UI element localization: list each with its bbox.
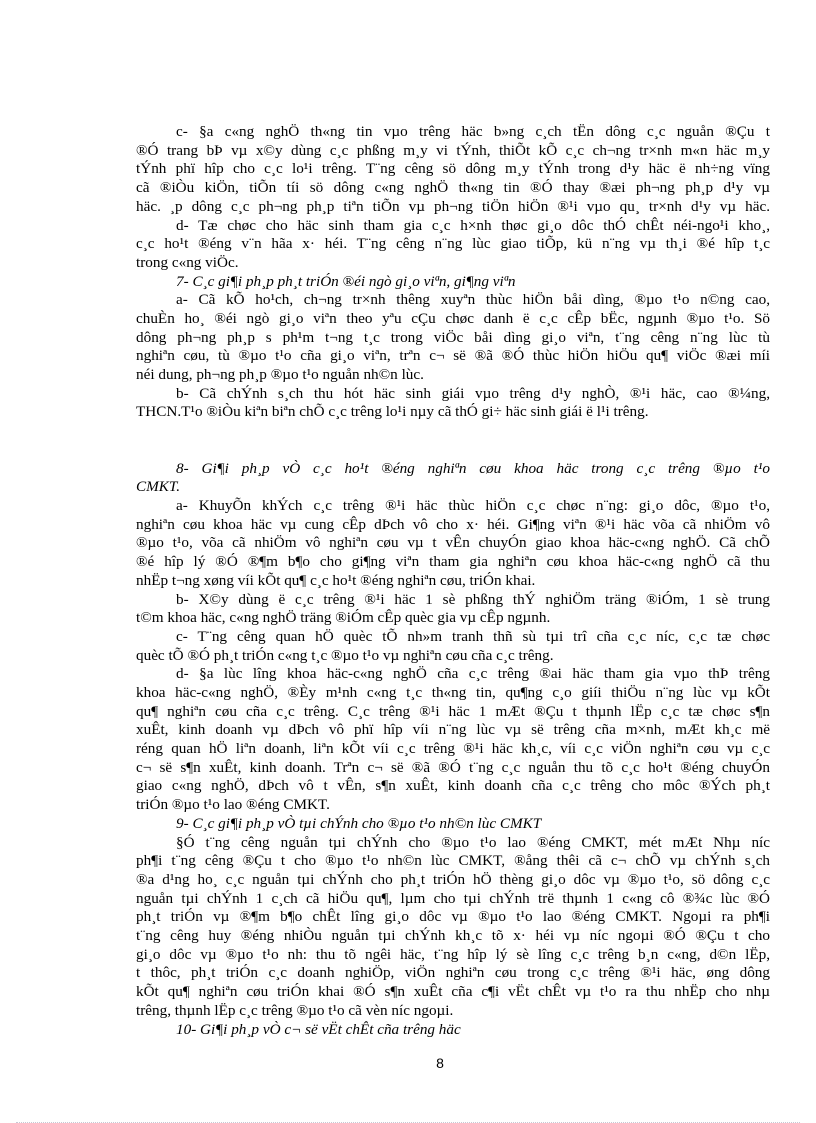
section-heading-8: 8- Gi¶i ph¸p vÒ c¸c ho¹t ®éng nghiªn cøu…	[136, 460, 770, 497]
section-heading-9: 9- C¸c gi¶i ph¸p vÒ tµi chÝnh cho ®µo t¹…	[136, 815, 770, 834]
text-line: c¸c ho¹t ®éng v¨n hãa x· héi. T¨ng c­êng…	[136, 235, 770, 254]
text-line: t©m khoa häc, c«ng nghÖ träng ®iÓm cÊp q…	[136, 609, 770, 628]
text-line: c¬ së s¶n xuÊt, kinh doanh. Trªn c¬ së ®…	[136, 759, 770, 778]
page-number: 8	[0, 1055, 816, 1071]
text-line: xuÊt, kinh doanh vµ dÞch vô phï hîp víi …	[136, 721, 770, 740]
heading-text: 7- C¸c gi¶i ph¸p ph¸t triÓn ®éi ngò gi¸o…	[136, 273, 770, 292]
text-line: d- Tæ chøc cho häc sinh tham gia c¸c h×n…	[136, 217, 770, 236]
paragraph-7a: a- Cã kÕ ho¹ch, ch­¬ng tr×nh th­êng xuyª…	[136, 291, 770, 384]
text-line: d- §a lùc l­îng khoa häc-c«ng nghÖ cña c…	[136, 665, 770, 684]
section-heading-10: 10- Gi¶i ph¸p vÒ c¬ së vËt chÊt cña tr­ê…	[136, 1021, 770, 1040]
text-line: dông ph­¬ng ph¸p s­ ph¹m t­¬ng t¸c trong…	[136, 329, 770, 348]
paragraph-7b: b- Cã chÝnh s¸ch thu hót häc sinh giái v…	[136, 385, 770, 422]
heading-text: 8- Gi¶i ph¸p vÒ c¸c ho¹t ®éng nghiªn cøu…	[136, 460, 770, 479]
text-line: ph¸t triÓn vµ ®¶m b¶o chÊt l­îng gi¸o dô…	[136, 908, 770, 927]
text-line: THCN.T¹o ®iÒu kiªn biªn chÕ c¸c tr­êng l…	[136, 403, 770, 422]
text-line: trong c«ng viÖc.	[136, 254, 770, 273]
section-heading-7: 7- C¸c gi¶i ph¸p ph¸t triÓn ®éi ngò gi¸o…	[136, 273, 770, 292]
text-line: c- §a c«ng nghÖ th«ng tin vµo tr­êng häc…	[136, 123, 770, 142]
heading-text: 9- C¸c gi¶i ph¸p vÒ tµi chÝnh cho ®µo t¹…	[136, 815, 770, 834]
text-line: ®µo t¹o, võa cã nhiÖm vô nghiªn cøu vµ t…	[136, 534, 770, 553]
text-line: triÓn ®µo t¹o lao ®éng CMKT.	[136, 796, 770, 815]
paragraph-8c: c- T¨ng c­êng quan hÖ quèc tÕ nh»m tranh…	[136, 628, 770, 665]
text-line: b- Cã chÝnh s¸ch thu hót häc sinh giái v…	[136, 385, 770, 404]
text-line: ®Ó trang bÞ vµ x©y dùng c¸c phßng m¸y vi…	[136, 142, 770, 161]
text-line: b- X©y dùng ë c¸c tr­êng ®¹i häc 1 sè ph…	[136, 591, 770, 610]
paragraph-6c-it: c- §a c«ng nghÖ th«ng tin vµo tr­êng häc…	[136, 123, 770, 216]
text-line: ®a d¹ng ho¸ c¸c nguån tµi chÝnh cho ph¸t…	[136, 871, 770, 890]
text-line: tr­êng, thµnh lËp c¸c tr­êng ®µo t¹o cã …	[136, 1002, 770, 1021]
text-line: néi dung, ph­¬ng ph¸p ®µo t¹o nguån nh©n…	[136, 366, 770, 385]
text-line: nhËp t­¬ng xøng víi kÕt qu¶ c¸c ho¹t ®én…	[136, 572, 770, 591]
document-page: c- §a c«ng nghÖ th«ng tin vµo tr­êng häc…	[0, 0, 816, 1123]
text-line: nghiªn cøu, tù ®µo t¹o cña gi¸o viªn, tr…	[136, 347, 770, 366]
heading-text: 10- Gi¶i ph¸p vÒ c¬ së vËt chÊt cña tr­ê…	[136, 1021, 770, 1040]
text-line: kÕt qu¶ nghiªn cøu triÓn khai ®Ó s¶n xuÊ…	[136, 983, 770, 1002]
text-line: nghiªn cøu khoa häc vµ cung cÊp dÞch vô …	[136, 516, 770, 535]
text-line: c- T¨ng c­êng quan hÖ quèc tÕ nh»m tranh…	[136, 628, 770, 647]
paragraph-6d-extracurricular: d- Tæ chøc cho häc sinh tham gia c¸c h×n…	[136, 217, 770, 273]
text-line: t¨ng c­êng huy ®éng nhiÒu nguån tµi chÝn…	[136, 927, 770, 946]
paragraph-8d: d- §a lùc l­îng khoa häc-c«ng nghÖ cña c…	[136, 665, 770, 815]
text-line: cã ®iÒu kiÖn, tiÕn tíi sö dông c«ng nghÖ…	[136, 179, 770, 198]
text-line: réng quan hÖ liªn doanh, liªn kÕt víi c¸…	[136, 740, 770, 759]
text-line: quèc tÕ ®Ó ph¸t triÓn c«ng t¸c ®µo t¹o v…	[136, 647, 770, 666]
text-line: ph¶i t¨ng c­êng ®Çu t­ cho ®µo t¹o nh©n …	[136, 852, 770, 871]
text-line: giao c«ng nghÖ, dÞch vô t­ vÊn, s¶n xuÊt…	[136, 777, 770, 796]
heading-text: CMKT.	[136, 478, 770, 497]
text-line: häc. ¸p dông c¸c ph­¬ng ph¸p tiªn tiÕn v…	[136, 198, 770, 217]
text-line: nguån tµi chÝnh 1 c¸ch cã hiÖu qu¶, lµm …	[136, 890, 770, 909]
text-line: §Ó t¨ng c­êng nguån tµi chÝnh cho ®µo t¹…	[136, 834, 770, 853]
text-line: a- Cã kÕ ho¹ch, ch­¬ng tr×nh th­êng xuyª…	[136, 291, 770, 310]
text-line: khoa häc-c«ng nghÖ, ®Èy m¹nh c«ng t¸c th…	[136, 684, 770, 703]
text-line: a- KhuyÕn khÝch c¸c tr­êng ®¹i häc thùc …	[136, 497, 770, 516]
paragraph-8a: a- KhuyÕn khÝch c¸c tr­êng ®¹i häc thùc …	[136, 497, 770, 590]
text-line: chuÈn ho¸ ®éi ngò gi¸o viªn theo yªu cÇu…	[136, 310, 770, 329]
text-line: tÝnh phï hîp cho c¸c lo¹i tr­êng. T¨ng c…	[136, 160, 770, 179]
text-line: ®é hîp lý ®Ó ®¶m b¶o cho gi¶ng viªn tham…	[136, 553, 770, 572]
text-line: gi¸o dôc vµ ®µo t¹o nh­: thu tõ ng­êi hä…	[136, 946, 770, 965]
text-line: t­ thôc, ph¸t triÓn c¸c doanh nghiÖp, vi…	[136, 964, 770, 983]
text-line: qu¶ nghiªn cøu cña c¸c tr­êng. C¸c tr­ên…	[136, 703, 770, 722]
paragraph-9-finance: §Ó t¨ng c­êng nguån tµi chÝnh cho ®µo t¹…	[136, 834, 770, 1021]
paragraph-8b: b- X©y dùng ë c¸c tr­êng ®¹i häc 1 sè ph…	[136, 591, 770, 628]
